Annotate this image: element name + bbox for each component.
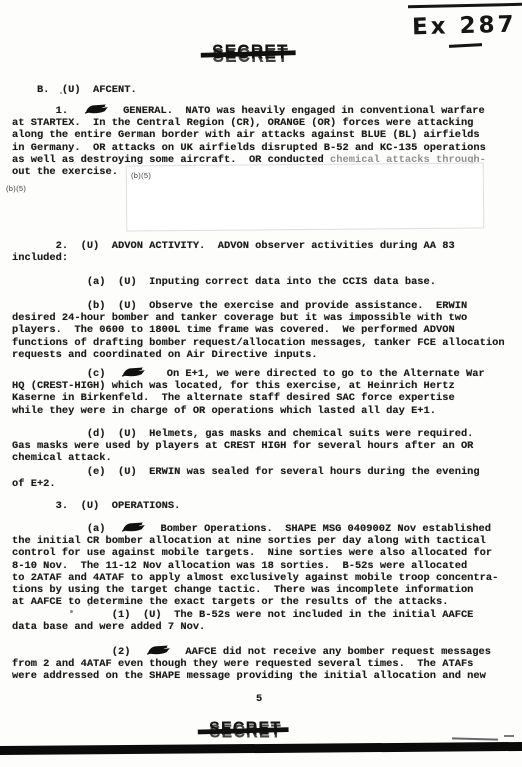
paragraph-number: (2) [12, 646, 143, 658]
paragraph-3a1: (1) (U) The B-52s were not included in t… [12, 609, 473, 633]
scan-speck [70, 610, 73, 613]
paragraph-3a2: (2) AAFCE did not receive any bomber req… [12, 645, 491, 683]
paragraph-number: (a) [12, 523, 118, 535]
paragraph-text: (a) (U) Inputing correct data into the C… [12, 276, 436, 288]
section-heading-b: B. (U) AFCENT. [12, 84, 137, 96]
paragraph-3a-bomber-operations: (a) Bomber Operations. SHAPE MSG 040900Z… [12, 522, 498, 608]
classification-stamp-bottom: SECRET [209, 719, 281, 740]
paragraph-number: 1. [12, 105, 81, 117]
page-number: 5 [256, 693, 262, 705]
paragraph-text: (1) (U) The B-52s were not included in t… [12, 609, 473, 633]
paragraph-2e: (e) (U) ERWIN was sealed for several hou… [12, 466, 480, 490]
paragraph-2a: (a) (U) Inputing correct data into the C… [12, 276, 436, 288]
paragraph-2d: (d) (U) Helmets, gas masks and chemical … [12, 428, 473, 465]
paragraph-2c: (c) On E+1, we were directed to go to th… [12, 367, 485, 417]
scan-smudge [452, 737, 498, 740]
exemption-label-b5-inline: (b)(5) [131, 171, 151, 180]
exemption-label-b5-margin: (b)(5) [6, 184, 26, 193]
scan-smudge [504, 735, 514, 737]
exhibit-label: Ex 287 [412, 12, 517, 41]
paragraph-text: Bomber Operations. SHAPE MSG 040900Z Nov… [12, 523, 498, 608]
paragraph-text: (b) (U) Observe the exercise and provide… [12, 300, 505, 361]
scan-speck [60, 92, 62, 94]
paragraph-text: 2. (U) ADVON ACTIVITY. ADVON observer ac… [12, 240, 455, 264]
paragraph-text: 3. (U) OPERATIONS. [12, 500, 180, 512]
redaction-scribble-icon [119, 367, 147, 377]
scan-artifact-bar [0, 742, 522, 755]
exhibit-number: Ex 287 [412, 12, 517, 41]
scan-speck [88, 604, 90, 606]
paragraph-number: (c) [12, 368, 118, 380]
paragraph-text: out the exercise. [12, 166, 118, 178]
redaction-scribble-icon [119, 522, 147, 532]
classification-stamp-top: SECRET [212, 41, 288, 65]
exhibit-underline [449, 43, 482, 47]
scan-artifact-line [408, 3, 522, 8]
redaction-scribble-icon [144, 645, 172, 655]
paragraph-3-operations: 3. (U) OPERATIONS. [12, 500, 180, 512]
document-page: Ex 287 SECRET B. (U) AFCENT. 1. GENERAL.… [0, 0, 522, 767]
paragraph-2-advon-activity: 2. (U) ADVON ACTIVITY. ADVON observer ac… [12, 240, 455, 264]
heading-text: B. (U) AFCENT. [12, 84, 137, 96]
paragraph-text: (e) (U) ERWIN was sealed for several hou… [12, 466, 480, 490]
redaction-scribble-icon [82, 104, 110, 114]
redaction-whiteout-box [126, 162, 485, 231]
paragraph-text: (d) (U) Helmets, gas masks and chemical … [12, 428, 473, 464]
paragraph-2b: (b) (U) Observe the exercise and provide… [12, 300, 505, 361]
